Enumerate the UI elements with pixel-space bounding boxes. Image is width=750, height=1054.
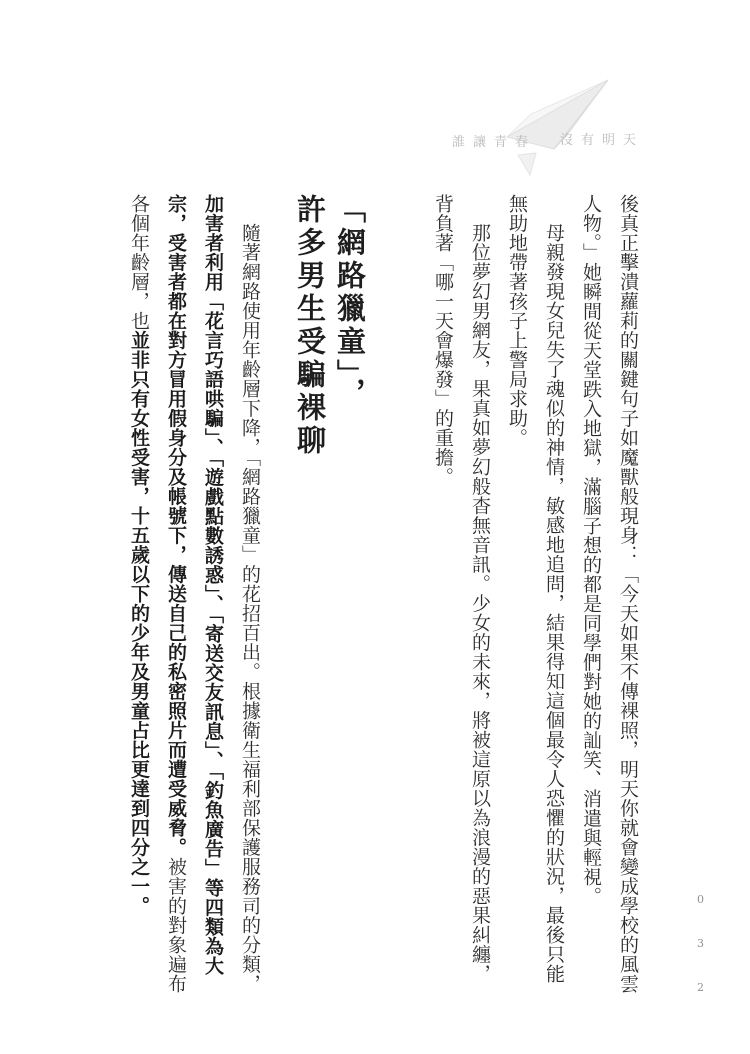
section-heading-line-2: 許多男生受騙裸聊 [290,194,330,1002]
running-title-right: 沒有明天 [560,129,644,148]
paragraph-text: 隨著網路使用年齡層下降，「網路獵童」的花招百出。根據衛生福利部保護服務司的分類， [239,223,261,994]
book-page: 誰讓青春 沒有明天 後真正擊潰蘿莉的關鍵句子如魔獸般現身：「今天如果不傳裸照，明… [0,0,750,1054]
running-header: 誰讓青春 沒有明天 [0,0,750,190]
running-title-left: 誰讓青春 [452,131,536,150]
section-heading-line-1: 「網路獵童」， [330,194,370,1002]
paragraph: 那位夢幻男網友，果真如夢幻般杳無音訊。少女的未來，將被這原以為浪漫的惡果糾纏，背… [424,194,498,1002]
paragraph: 後真正擊潰蘿莉的關鍵句子如魔獸般現身：「今天如果不傳裸照，明天你就會變成學校的風… [572,194,646,1002]
page-content: 後真正擊潰蘿莉的關鍵句子如魔獸般現身：「今天如果不傳裸照，明天你就會變成學校的風… [100,194,646,1002]
paragraph: 母親發現女兒失了魂似的神情，敏感地追問，結果得知這個最令人恐懼的狀況，最後只能無… [498,194,572,1002]
emphasis-text: 並非只有女性受害，十五歲以下的少年及男童占比更達到四分之一。 [128,331,150,916]
section-heading: 「網路獵童」， 許多男生受騙裸聊 [290,194,370,1002]
paragraph: 隨著網路使用年齡層下降，「網路獵童」的花招百出。根據衛生福利部保護服務司的分類，… [120,194,268,1002]
paper-plane-icon [487,74,617,178]
page-number: 032 [694,893,707,1025]
